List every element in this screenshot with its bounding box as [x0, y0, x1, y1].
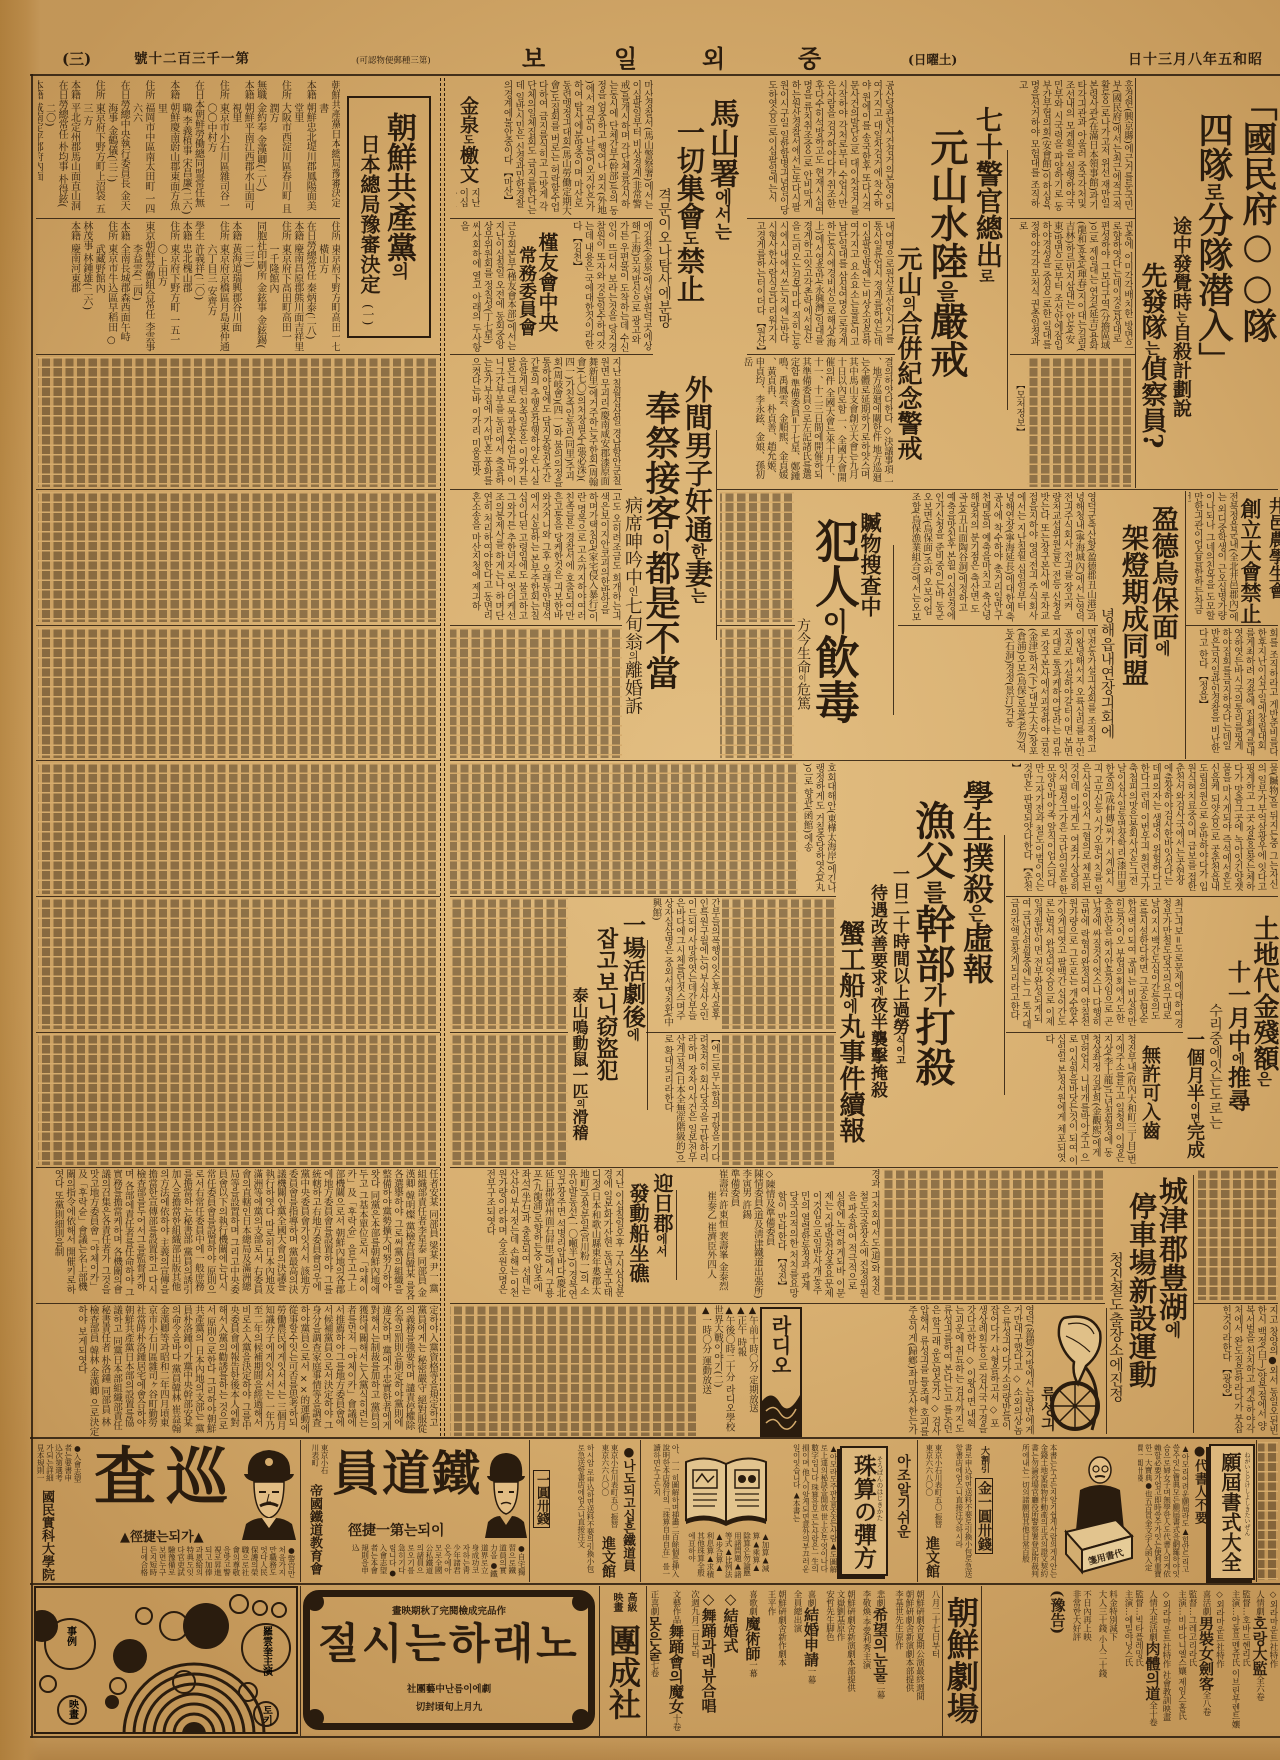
- circle-label: 토키: [261, 1705, 274, 1726]
- horizontal-rule: [1010, 354, 1135, 355]
- program-credit: 朝鮮硏劇舍新作劇本: [776, 1590, 787, 1732]
- program-genre: 喜劇: [806, 1590, 816, 1607]
- horizontal-rule: [450, 354, 653, 355]
- vertical-rule: [1004, 835, 1005, 1095]
- film-ad-note: 九月上旬頃封切: [310, 1699, 588, 1713]
- program-main: 正喜劇못은술七卷: [650, 1590, 662, 1732]
- ad-lead: 아조알기쉬운: [896, 1454, 910, 1538]
- circle-label: 羅雲奎主演: [261, 1625, 274, 1677]
- headline-particle: 이: [648, 530, 672, 550]
- ad-caption: ▲가되는捷徑▲: [120, 1526, 204, 1545]
- defendant-entry: 住所 大阪市西淀川區春川町 且潤方: [266, 80, 291, 216]
- horizontal-rule: [747, 354, 895, 355]
- police-officer-portrait-icon: [240, 1444, 298, 1540]
- ad-text: ●入會志望者는要書申込次第選考가되는詳細見本規則一冊送呈 東京小石川表町: [36, 1444, 82, 1488]
- theater-dansungsa: 高級 映畫 團成社: [601, 1588, 645, 1734]
- ad-text: 아、一一히圖解하며挿畵二百餘個를挿入說明한本店發行의「珠算自由自在」를一讀하면누…: [642, 1444, 680, 1578]
- paper-name-char: 보: [522, 47, 545, 71]
- program-title: 舞踊會의魔女: [667, 1624, 685, 1714]
- horizontal-rule: [450, 1167, 1278, 1168]
- article-body: 결의하얏다한다 ◇決議事項 一、地方巡廻에關한件 地方巡廻는全體로延期하기로하얏…: [719, 357, 893, 487]
- program-credit: 李敬煥·李愛利秀主演: [861, 1590, 872, 1732]
- subheadline: 方今生命이危篤: [796, 618, 810, 710]
- paper-name-char: 일: [614, 47, 637, 71]
- article-body: 전북정읍군내(全北井邑郡內)에는 외디중학생이 근오십명가량이나되나 그네의친목…: [1188, 492, 1238, 622]
- headline-particle: 은: [1255, 1071, 1273, 1086]
- theater-name: 朝鮮劇場: [945, 1596, 977, 1724]
- article-body: 공산당관련사건검거의본영이되여가지고 대일차검거에 착수하야 원에이를 송국한후…: [748, 80, 894, 216]
- program-producer: ◇외라마운트社特作: [1214, 1590, 1225, 1732]
- program-title: 男裝女劍客: [1197, 1616, 1215, 1691]
- theater-film-program: ◇외라마운트社特作人情劇호랑大監全六卷監督…호바드헨리氏主演…아돌프멘쥬氏 이브…: [984, 1590, 1278, 1732]
- horizontal-rule: [1006, 1032, 1183, 1033]
- program-credit: 次週九月二日부터: [689, 1590, 700, 1732]
- defendant-entry: 東京朝鮮勞働組合常任 李雲事 李益雲(二四): [129, 221, 154, 352]
- article-body: 간부들의폭행이잇슨후사흘후인특원구월에는어부십사오인이드되어사망하엿는데간부들은…: [648, 898, 720, 1029]
- film-ad-header: 作品完成檢閱完了秋期映畫: [310, 1603, 588, 1617]
- headline-particle: 의: [626, 650, 638, 660]
- headline: 創立大會禁止: [1240, 498, 1261, 624]
- article-paragraph: 李寅男 許錫: [740, 1169, 752, 1300]
- vertical-rule: [640, 1440, 641, 1582]
- headline: 一切集會도禁止: [675, 118, 703, 302]
- ad-forms-book: 東京小石川表町五〇 振替東京六六八〇〇 進文館 書로申込하면送料不要로引換小包로…: [917, 1440, 1256, 1582]
- program-main: 文藝作品舞踊會의魔女十卷: [667, 1590, 684, 1732]
- program-title: 肉體의道: [1144, 1641, 1162, 1701]
- horizontal-rule: [1194, 1303, 1278, 1304]
- program-credit: 八月二十七日부터: [930, 1590, 941, 1732]
- subheadline: 待遇改善要求에夜半襲擊掩殺: [868, 884, 885, 1098]
- article-paragraph: ◇陳情及準備委員: [763, 1169, 775, 1300]
- article-body: 내여명으로원산조선인시가를 통사일류업시 경계를하연는데 이십팔일밤에는 비상소…: [748, 221, 894, 352]
- headline: 七十警官總出로: [973, 106, 1000, 284]
- paper-name-char: 외: [702, 47, 725, 71]
- program-length: 十卷: [671, 1714, 681, 1731]
- vertical-rule: [917, 1440, 918, 1582]
- vertical-rule: [1135, 78, 1136, 488]
- horizontal-rule: [1010, 218, 1135, 219]
- corner-ornament: [306, 1709, 324, 1727]
- paper-name-char: 중: [798, 47, 821, 71]
- horizontal-rule: [717, 489, 1278, 490]
- headline: 漁父를幹部가打殺: [912, 800, 952, 1086]
- program-title: 호랑大監: [1251, 1616, 1269, 1676]
- illegible-text-block: [450, 1305, 698, 1436]
- program-main: (豫告): [1049, 1590, 1066, 1732]
- ad-text: 本書는누구든지알기쉽게사람의게지안는金錢土地家屋物件動產의正式의證文契約書는勿論…: [1002, 1444, 1058, 1578]
- headline-particle: 를: [919, 880, 946, 903]
- ad-discount: 大割引: [979, 1446, 988, 1473]
- headline: 學生撲殺은虛報: [959, 780, 990, 984]
- defendant-entry: 在日勞總常任 朴均事 朴得鉉(二〇): [42, 80, 67, 216]
- defendant-entry: 住所 東京府下高田町高田一 一千隆館內: [266, 221, 291, 352]
- headline-particle: 이: [818, 608, 849, 634]
- headline-particle: 는: [1143, 340, 1161, 355]
- headline: 土地代金殘額은: [1251, 915, 1277, 1086]
- vertical-rule: [646, 1586, 647, 1736]
- defendant-entry: 無職 金約奉 金漢卿(二八): [253, 80, 265, 216]
- horizontal-rule: [30, 1583, 1280, 1585]
- headline: 「國民府○○隊: [1240, 86, 1275, 343]
- program-genre: 喜歌劇: [748, 1590, 758, 1616]
- program-length: 二幕: [875, 1682, 885, 1699]
- horizontal-rule: [36, 1303, 440, 1304]
- headline-particle: 도: [680, 230, 699, 246]
- article-body: 지고 창양의●외서 동일오된빈한시 백정(白丁)양복점에서 양복서벌을 친치하고…: [1196, 1305, 1278, 1436]
- theater-tag: 高級: [625, 1592, 635, 1612]
- program-title: ◇舞踊과레뷰合唱: [700, 1590, 718, 1713]
- headline: 發動船坐礁: [628, 1183, 648, 1283]
- program-title: 希望의눈물: [871, 1607, 889, 1682]
- program-main: 喜活劇男裝女劍客全八卷: [1197, 1590, 1214, 1732]
- open-book-icon: [682, 1448, 770, 1528]
- article-body: 호회대해안(東樺太海岸)에긴나 랭정하게도 거칠중당하엿슴(丸)으로 향관(函館…: [800, 763, 836, 894]
- article-body: 마산경찰서(馬山警察署)에서는 이십팔일부터 비상경계(非常警戒)를개시하며 각…: [482, 80, 653, 216]
- program-title: (豫告): [1049, 1590, 1067, 1634]
- illegible-text-block: [722, 898, 836, 1029]
- headline: 常務委員會: [517, 246, 535, 336]
- defendant-entry: 住所 福岡市中區南太田町 一四六六: [129, 80, 154, 216]
- article-body: 영덕군축산항(盈德郡丑山港)과 녕해청내(寧海城內)에서는영덕전긔주식회사 전긔…: [900, 492, 1096, 622]
- theater-tag: 映畫: [611, 1592, 621, 1612]
- headline: 金泉도檄文: [458, 96, 477, 183]
- issue-number: 第一千三百二十號: [134, 53, 250, 67]
- vertical-rule: [1256, 1440, 1257, 1582]
- program-credit: 文嶽劉基原作: [835, 1590, 846, 1732]
- program-credit: 監督…호바드헨리氏: [1240, 1590, 1251, 1732]
- program-entry: 八月二十七日부터: [930, 1590, 941, 1732]
- defendant-entry: 本籍 忠北槐山郡: [179, 221, 191, 352]
- article-body: 에김천(金泉)에선변원덕곳에상해(上海)모처발신으로 광고와가튼 우편물이 도착…: [560, 221, 652, 352]
- defendant-entry: 本籍 平北定州郡馬山面直山洞: [67, 80, 79, 216]
- defendant-entry: 住所 東京府下野方町 一五一〇 上田方: [154, 221, 179, 352]
- vertical-rule: [1106, 1308, 1107, 1434]
- ad-railway-exam: 東京小石川表町 帝國鐵道教育會 鐵道員 이되는第一捷徑 ●自宅獨習으로鐵道員의實…: [300, 1440, 529, 1582]
- defendant-entry: 同胞社印刷所 金鉉事 金鉉錫(二三): [241, 221, 266, 352]
- horizontal-rule: [898, 625, 1098, 626]
- headline: 迎日郡에서: [652, 1173, 672, 1256]
- horizontal-rule: [36, 1032, 440, 1033]
- defendant-entry: 住所 東京府京橋區月島東仲通六丁目三 安齊方: [204, 221, 229, 352]
- radio-schedule: ▲午前十時〇分 定期放送▲正午 時報▲午後〇時二十分 라디오學校世界大戰이야기(…: [700, 1305, 758, 1436]
- program-credit: 主演…에밀야닝스氏: [1123, 1590, 1134, 1732]
- railway-worker-portrait-icon: [484, 1448, 528, 1538]
- defendant-entry: 本籍 慶南河東郡: [67, 221, 79, 352]
- ad-price: 金一圓卅錢: [975, 1478, 993, 1554]
- subheadline: 격문이오나탐사에분망: [657, 188, 671, 328]
- subheadline: 蟹工船에丸事件續報: [837, 920, 863, 1143]
- article-body: 경과 긔처회에서도(道)와 청진철도국출장소에 진정위원을 파송하여 적극적으로…: [680, 1169, 880, 1300]
- program-main: 喜歌劇魔術師一幕: [744, 1590, 761, 1732]
- horizontal-rule: [36, 625, 440, 626]
- defendant-entry: 住所 東京市小石川區雜司谷一 〇〇中村方: [204, 80, 229, 216]
- program-genre: 人情大悲活劇: [1148, 1590, 1158, 1641]
- program-credit: 不日內再上映: [1081, 1590, 1092, 1732]
- scribe-at-desk-illustration: 代書用箋: [1060, 1446, 1136, 1576]
- program-credit: 朝鮮硏劇舍新演劇本部提供: [845, 1590, 856, 1732]
- radio-program-item: ▲正午 時報: [735, 1305, 747, 1436]
- ad-title: 巡査: [94, 1446, 238, 1508]
- ad-address: 東京小石川表町五〇 振替東京六六八〇〇: [921, 1444, 943, 1532]
- program-credit: 大人三十錢 小人二十錢: [1097, 1590, 1108, 1732]
- horizontal-rule: [450, 1032, 568, 1033]
- radio-program-item: ▲午後〇時二十分 라디오學校: [723, 1305, 735, 1436]
- program-length: 全十卷: [1148, 1701, 1158, 1727]
- headline: 一場活劇後에: [621, 913, 644, 1041]
- program-length: 七卷: [650, 1661, 659, 1678]
- page-number: (三): [62, 52, 91, 67]
- program-main: 人情劇호랑大監全六卷: [1251, 1590, 1268, 1732]
- program-credit: 王平作: [766, 1590, 777, 1732]
- program-length: 一幕: [748, 1661, 758, 1678]
- ad-text: 書로申込하면送料不要로引換小包로急送함書店에업스니直接注文하시라: [945, 1444, 973, 1578]
- subheadline: 途中發覺時는自殺計劃說: [1171, 216, 1190, 417]
- vertical-rule: [300, 1586, 301, 1736]
- headline: 贓物搜查中: [860, 512, 881, 617]
- horizontal-rule: [1006, 896, 1278, 897]
- radio-program-item: 世界大戰이야기(二): [711, 1305, 723, 1436]
- illegible-text-block: [1027, 357, 1133, 487]
- ad-address: 東京小石川表町五〇 振替東京六六八〇〇: [597, 1444, 619, 1534]
- program-producer: ◇외라마운트社特作: [1268, 1590, 1279, 1732]
- program-length: 一幕: [806, 1667, 816, 1684]
- program-entry: ◇結婚式: [722, 1590, 739, 1732]
- illegible-text-block: [722, 1034, 836, 1165]
- headline: 犯人이飮毒: [811, 518, 856, 724]
- article-body: 지난이십륙일: [456, 188, 480, 216]
- headline-particle: 의: [574, 1099, 585, 1108]
- headline-particle: 이면: [1188, 1102, 1200, 1123]
- theater-name: 團成社: [607, 1624, 639, 1720]
- headline-particle: 는: [688, 587, 707, 603]
- ad-title-ruby: そろばんのはじきかた: [876, 1456, 883, 1521]
- article-paragraph: 경과 긔처회에서도(道)와 청진철도국출장소에 진정위원을 파송하여 적극적으로…: [775, 1169, 880, 1300]
- ad-abacus-book: 아、一一히圖解하며挿畵二百餘個를挿入說明한本店發行의「珠算自由自在」를一讀하면누…: [640, 1440, 917, 1582]
- book-cover-box: 珠算の彈方 そろばんのはじきかた: [840, 1446, 888, 1576]
- horizontal-rule: [747, 218, 895, 219]
- issue-date: 昭和五年八月三十日: [1128, 53, 1263, 67]
- program-credit: 朝鮮硏劇舍夏期公演最終週間: [914, 1590, 925, 1732]
- ad-text: 하시압 로申込하면送料不要의引換小包로急送함書店에업스니直接注文: [555, 1444, 595, 1578]
- headline: 架燈期成同盟: [1119, 524, 1146, 686]
- horizontal-rule: [450, 625, 622, 626]
- vertical-rule: [529, 1440, 530, 1582]
- headline-particle: 에서: [655, 1233, 669, 1256]
- defendant-entry: 學生 許義祥(二〇): [191, 221, 203, 352]
- defendant-list: 住所 東京府下野方町高田一七 橫山方在日勞總常任 秦炳泰(二八)本籍 慶南昌原郡…: [38, 221, 340, 352]
- headline: 外間男子奸通한妻는: [683, 375, 711, 604]
- headline-particle: 로: [1201, 182, 1225, 202]
- ad-title: 鐵道員: [332, 1450, 482, 1498]
- headline: 槿友會中央: [537, 232, 557, 332]
- article-body: 고도 오히려조금도 회개하는긔색은보이지안코괴의한밥악을하며가택침입(家宅侵入暴…: [456, 492, 621, 622]
- horizontal-rule: [30, 1437, 1280, 1439]
- ad-title: 願屆書式大全: [1220, 1452, 1240, 1572]
- horizontal-rule: [450, 218, 653, 219]
- article-body: 최근긔보=도로문제에대하여경청부가만철도당국의요구대로날어지시백간도십이간등의도…: [1008, 898, 1183, 1029]
- decision-text: 任者安某 同部員 梁某 尹一 黨組織部責任者李星泰 同部員 金漢卿 韓明燦 黨檢…: [38, 1169, 438, 1300]
- ad-police-exam: ●入會志望者는要書申込次第選考가되는詳細見本規則一冊送呈 東京小石川表町 國民實…: [34, 1440, 300, 1582]
- defendant-entry: 住所 東京府下野方町上沼袋 五三 方: [79, 80, 104, 216]
- subheadline: 녕해읍내연장긔회에: [1099, 608, 1114, 739]
- horizontal-rule: [36, 354, 440, 355]
- column-body: 영덕(盈德)지방에서는량반에게 거만대구했다고 ◇ 소외의상놈은 류성긔어다가소…: [804, 1305, 1034, 1436]
- program-credit: 非常한大好評: [1071, 1590, 1082, 1732]
- illegible-text-block: [720, 492, 794, 622]
- program-length: 全六卷: [1255, 1676, 1265, 1702]
- vertical-rule: [647, 940, 648, 1110]
- headline-particle: 는: [1175, 311, 1188, 322]
- program-main: 悲劇希望의눈물二幕: [871, 1590, 888, 1732]
- program-credit: 朝鮮硏劇舍新演劇本部提供: [904, 1590, 915, 1732]
- planets-rainbow-illustration: 事例 羅雲奎主演 映畫 토키: [34, 1586, 298, 1734]
- horizontal-rule: [717, 625, 795, 626]
- radio-program-box: 라디오: [760, 1307, 802, 1437]
- horizontal-rule: [36, 1167, 440, 1168]
- vertical-rule: [942, 1586, 943, 1736]
- program-entry: 喜劇結婚申請一幕全員總出演: [792, 1590, 820, 1732]
- ad-headline: ●代書人不要: [1193, 1444, 1206, 1524]
- article-body: 근우회본부(槿友會本部)에서는 지난이십칠일 오전에 동회중앙상무위원회를 정칠…: [450, 221, 516, 352]
- program-entry: ◇舞踊과레뷰合唱次週九月二日부터: [689, 1590, 717, 1732]
- program-genre: 喜活劇: [1201, 1590, 1211, 1616]
- defendant-entry: 住所 東京府下野方町高田一七 橫山方: [315, 221, 340, 352]
- headline-particle: 에: [841, 998, 859, 1013]
- program-genre: 正喜劇: [650, 1590, 659, 1616]
- headline-particle: 을: [933, 280, 959, 302]
- program-credit: 主演…비바다니엘스孃 제임스홀氏: [1176, 1590, 1187, 1732]
- corner-ornament: [572, 1593, 590, 1611]
- defendant-entry: 本籍 黃海道瑞興郡谷川面: [228, 221, 240, 352]
- program-genre: 人情劇: [1255, 1590, 1265, 1616]
- vertical-rule: [1007, 150, 1008, 410]
- horizontal-rule: [36, 489, 440, 490]
- subheadline: 泰山鳴動鼠一匹의滑稽: [571, 987, 587, 1140]
- program-entry: 朝鮮硏劇舍新作劇本王平作: [766, 1590, 787, 1732]
- radio-title: 라디오: [770, 1315, 790, 1375]
- decision-text: 定하야入黨資格等을規定하고黨員에게는 秘密嚴守 絕對服從의義務를強要하며 譴責停…: [38, 1305, 438, 1436]
- defendant-entry: 朝鮮共產黨日本總局豫審決定書: [315, 80, 340, 216]
- program-entry: 文藝作品舞踊會의魔女十卷: [667, 1590, 684, 1732]
- subheadline: 元山의合倂紀念警戒: [896, 246, 921, 461]
- illegible-text-block: [38, 357, 438, 487]
- article-body: 지난 이십칠일오후 구시삼십분경에 일본화가산현 동년루군태디정(日本和歌山縣東…: [456, 1169, 624, 1300]
- program-entry: (豫告): [1049, 1590, 1066, 1732]
- horizontal-rule: [30, 1736, 1280, 1738]
- headline-partial: 井邑農學生會: [1266, 497, 1280, 599]
- headline-particle: 은: [965, 904, 986, 922]
- horizontal-rule: [450, 896, 836, 897]
- headline: 城津郡豊湖에: [1157, 1176, 1186, 1338]
- horizontal-rule: [30, 74, 1280, 76]
- corner-ornament: [306, 1593, 324, 1611]
- headline: 無許可入齒: [1140, 1045, 1159, 1140]
- headline-particle: 에: [1162, 1321, 1182, 1338]
- ad-publisher: 進文館: [925, 1536, 939, 1578]
- program-entry: ◇외라마운트社特作 社會教訓映畫人情大悲活劇肉體의道全十卷監督…빅타플레밍氏主演…: [1123, 1590, 1172, 1732]
- radio-program-item: ▲午前十時〇分 定期放送: [746, 1305, 758, 1436]
- headline-particle: 에: [1229, 1052, 1245, 1065]
- vertical-rule: [981, 1586, 982, 1736]
- program-title: 結婚申請: [802, 1607, 820, 1667]
- ad-address: 東京小石川表町: [303, 1444, 329, 1480]
- series-part: (一): [362, 304, 374, 325]
- defendant-entry: 在日勞總中央執行委員長 金天海事 金鶴儀(三二): [104, 80, 129, 216]
- program-credit: 安哲先生脚色: [824, 1590, 835, 1732]
- headline-particle: 에: [872, 986, 883, 996]
- headline-particle: 인: [626, 586, 638, 596]
- program-credit: 料金特別減下: [1107, 1590, 1118, 1732]
- program-main: 喜劇結婚申請一幕: [802, 1590, 819, 1732]
- program-entry: 喜歌劇魔術師一幕: [744, 1590, 761, 1732]
- vertical-rule: [599, 1586, 600, 1736]
- vertical-rule: [1185, 491, 1186, 759]
- ad-title: 珠算の彈方: [852, 1454, 875, 1569]
- headline-particle: 이: [798, 674, 808, 682]
- headline: 四隊로分隊潜入」: [1196, 112, 1231, 377]
- horizontal-rule: [36, 896, 440, 897]
- article-body: 면전동가설긔성회를 조직하고 이왕녕해서지 오륙십리를 무인공지로 가설하야갈터…: [900, 628, 1096, 758]
- program-entry: 朝鮮硏劇舍新演劇本部提供文嶽劉基原作安哲先生脚色: [824, 1590, 856, 1732]
- headline: 奉祭接客이都是不當: [643, 390, 678, 690]
- subheadline: 病席呻吟中인七旬翁의離婚訴: [623, 496, 641, 715]
- article-paragraph: 準備委員: [728, 1169, 740, 1300]
- defendant-entry: 本籍 朝鮮平南江西郡水山面可視里: [228, 80, 253, 216]
- series-title: 朝鮮共產黨의: [383, 112, 413, 279]
- weekday: (土曜日): [908, 54, 957, 67]
- program-producer: ◇외라마운트社特作 社會教訓映畫: [1161, 1590, 1172, 1732]
- ad-sponsor: 帝國鐵道教育會: [308, 1484, 321, 1575]
- vertical-rule: [31, 74, 33, 1738]
- ad-text: ▲아모리어려운願屆라도▲힘안드리고쓸수잇는寶典모든願屆書式을網羅하야잇슴으로婦女…: [1138, 1444, 1190, 1578]
- program-credit: 李基世先生原作: [893, 1590, 904, 1732]
- defendant-entry: 本籍 咸南定平郡府內面: [38, 80, 42, 216]
- corner-ornament: [572, 1709, 590, 1727]
- headline-particle: 에: [624, 1028, 640, 1041]
- illegible-text-block: [38, 628, 438, 758]
- circle-label: 事例: [65, 1625, 77, 1647]
- headline-particle: 한: [688, 543, 707, 559]
- horizontal-rule: [450, 1303, 1105, 1304]
- horizontal-rule: [450, 760, 1278, 761]
- subheadline: 先發隊는偵察員?: [1139, 262, 1165, 448]
- headline-particle: 식이고: [894, 1035, 905, 1065]
- ad-text: ▲아모라도주판을못놋든사람▲도圖解로上達의秘訣을開放 世上은무엇이나다數字임니다…: [772, 1444, 838, 1578]
- ad-text: ●警官만처음가지만職務도엇다人民保護의榮職으로社會의尊敬을밧고警視로昇進되고加俸…: [96, 1546, 296, 1580]
- headline-particle: 의: [900, 296, 917, 311]
- program-entry: 正喜劇못은술七卷: [650, 1590, 662, 1732]
- subheadline: 一個月半이면完成: [1185, 1030, 1203, 1159]
- horizontal-rule: [36, 760, 440, 761]
- ad-title-ruby: ねがいとどけしよしきたいぜん: [1243, 1452, 1249, 1536]
- headline: 停車場新設運動: [1127, 1192, 1155, 1388]
- program-main: 人情大悲活劇肉體의道全十卷: [1144, 1590, 1161, 1732]
- headline-particle: 도: [462, 134, 475, 145]
- program-genre: 悲劇: [875, 1590, 885, 1607]
- illegible-text-block: [882, 1169, 1105, 1300]
- film-title: 노래하는시절: [310, 1623, 588, 1665]
- program-entry: ◇외라마운트社特作人情劇호랑大監全六卷監督…호바드헨리氏主演…아돌프멘쥬氏 이브…: [1230, 1590, 1279, 1732]
- ad-text: ▲加算▲減算▲乘算▲除算은勿論應用諸問題▲諸等式▲比例法▲步合算▲利息算▲求積其…: [682, 1532, 770, 1578]
- program-credit: 監督…빅타플레밍氏: [1133, 1590, 1144, 1732]
- article-body: 흥경현(興京縣)에근거를둔국민부(國民府)에서는최근에적극적활동으로나가고저 위…: [1012, 80, 1133, 216]
- program-title: 魔術師: [744, 1616, 762, 1661]
- defendant-entry: 本籍 慶南昌原郡熊川面吉祥里: [290, 221, 302, 352]
- subheadline: 一日二十時間以上過勞식이고: [890, 865, 907, 1065]
- program-credit: 主演…아돌프멘쥬氏 이브린부렌트孃: [1230, 1590, 1241, 1732]
- vertical-rule: [1193, 1175, 1194, 1433]
- vertical-rule: [676, 1190, 677, 1280]
